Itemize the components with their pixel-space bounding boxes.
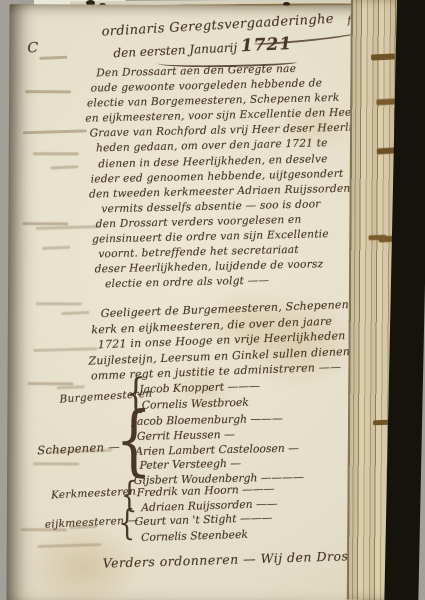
year-text: 1721 [240, 34, 292, 56]
margin-mark: C [27, 40, 38, 56]
bleedthrough-marks [23, 129, 87, 134]
group-label-schepenen: Schepenen — [37, 440, 120, 458]
name-list-eijkmeesteren: Geurt van 't Stight ——— Cornelis Steenbe… [134, 510, 273, 545]
page-edge-tabs [371, 53, 395, 60]
date-text: den eersten Januarij [113, 40, 237, 60]
paragraph-main: Den Drossaart aen den Geregte nae oude g… [96, 60, 371, 292]
manuscript-scan: ordinaris Geregtsvergaaderinghe den eers… [0, 0, 425, 600]
bleedthrough-marks [25, 90, 71, 93]
name-line: Cornelis Steenbeek [141, 526, 273, 545]
name-list-burgemeesteren: Jacob Knoppert ——— Cornelis Westbroek [139, 378, 261, 414]
name-list-schepenen: Jacob Bloemenburgh ——— Gerrit Heussen — … [132, 411, 304, 489]
bleedthrough-marks [39, 56, 67, 60]
name-line: Cornelis Westbroek [142, 394, 261, 414]
manuscript-page: ordinaris Geregtsvergaaderinghe den eers… [6, 4, 363, 600]
brace-icon [119, 506, 136, 541]
